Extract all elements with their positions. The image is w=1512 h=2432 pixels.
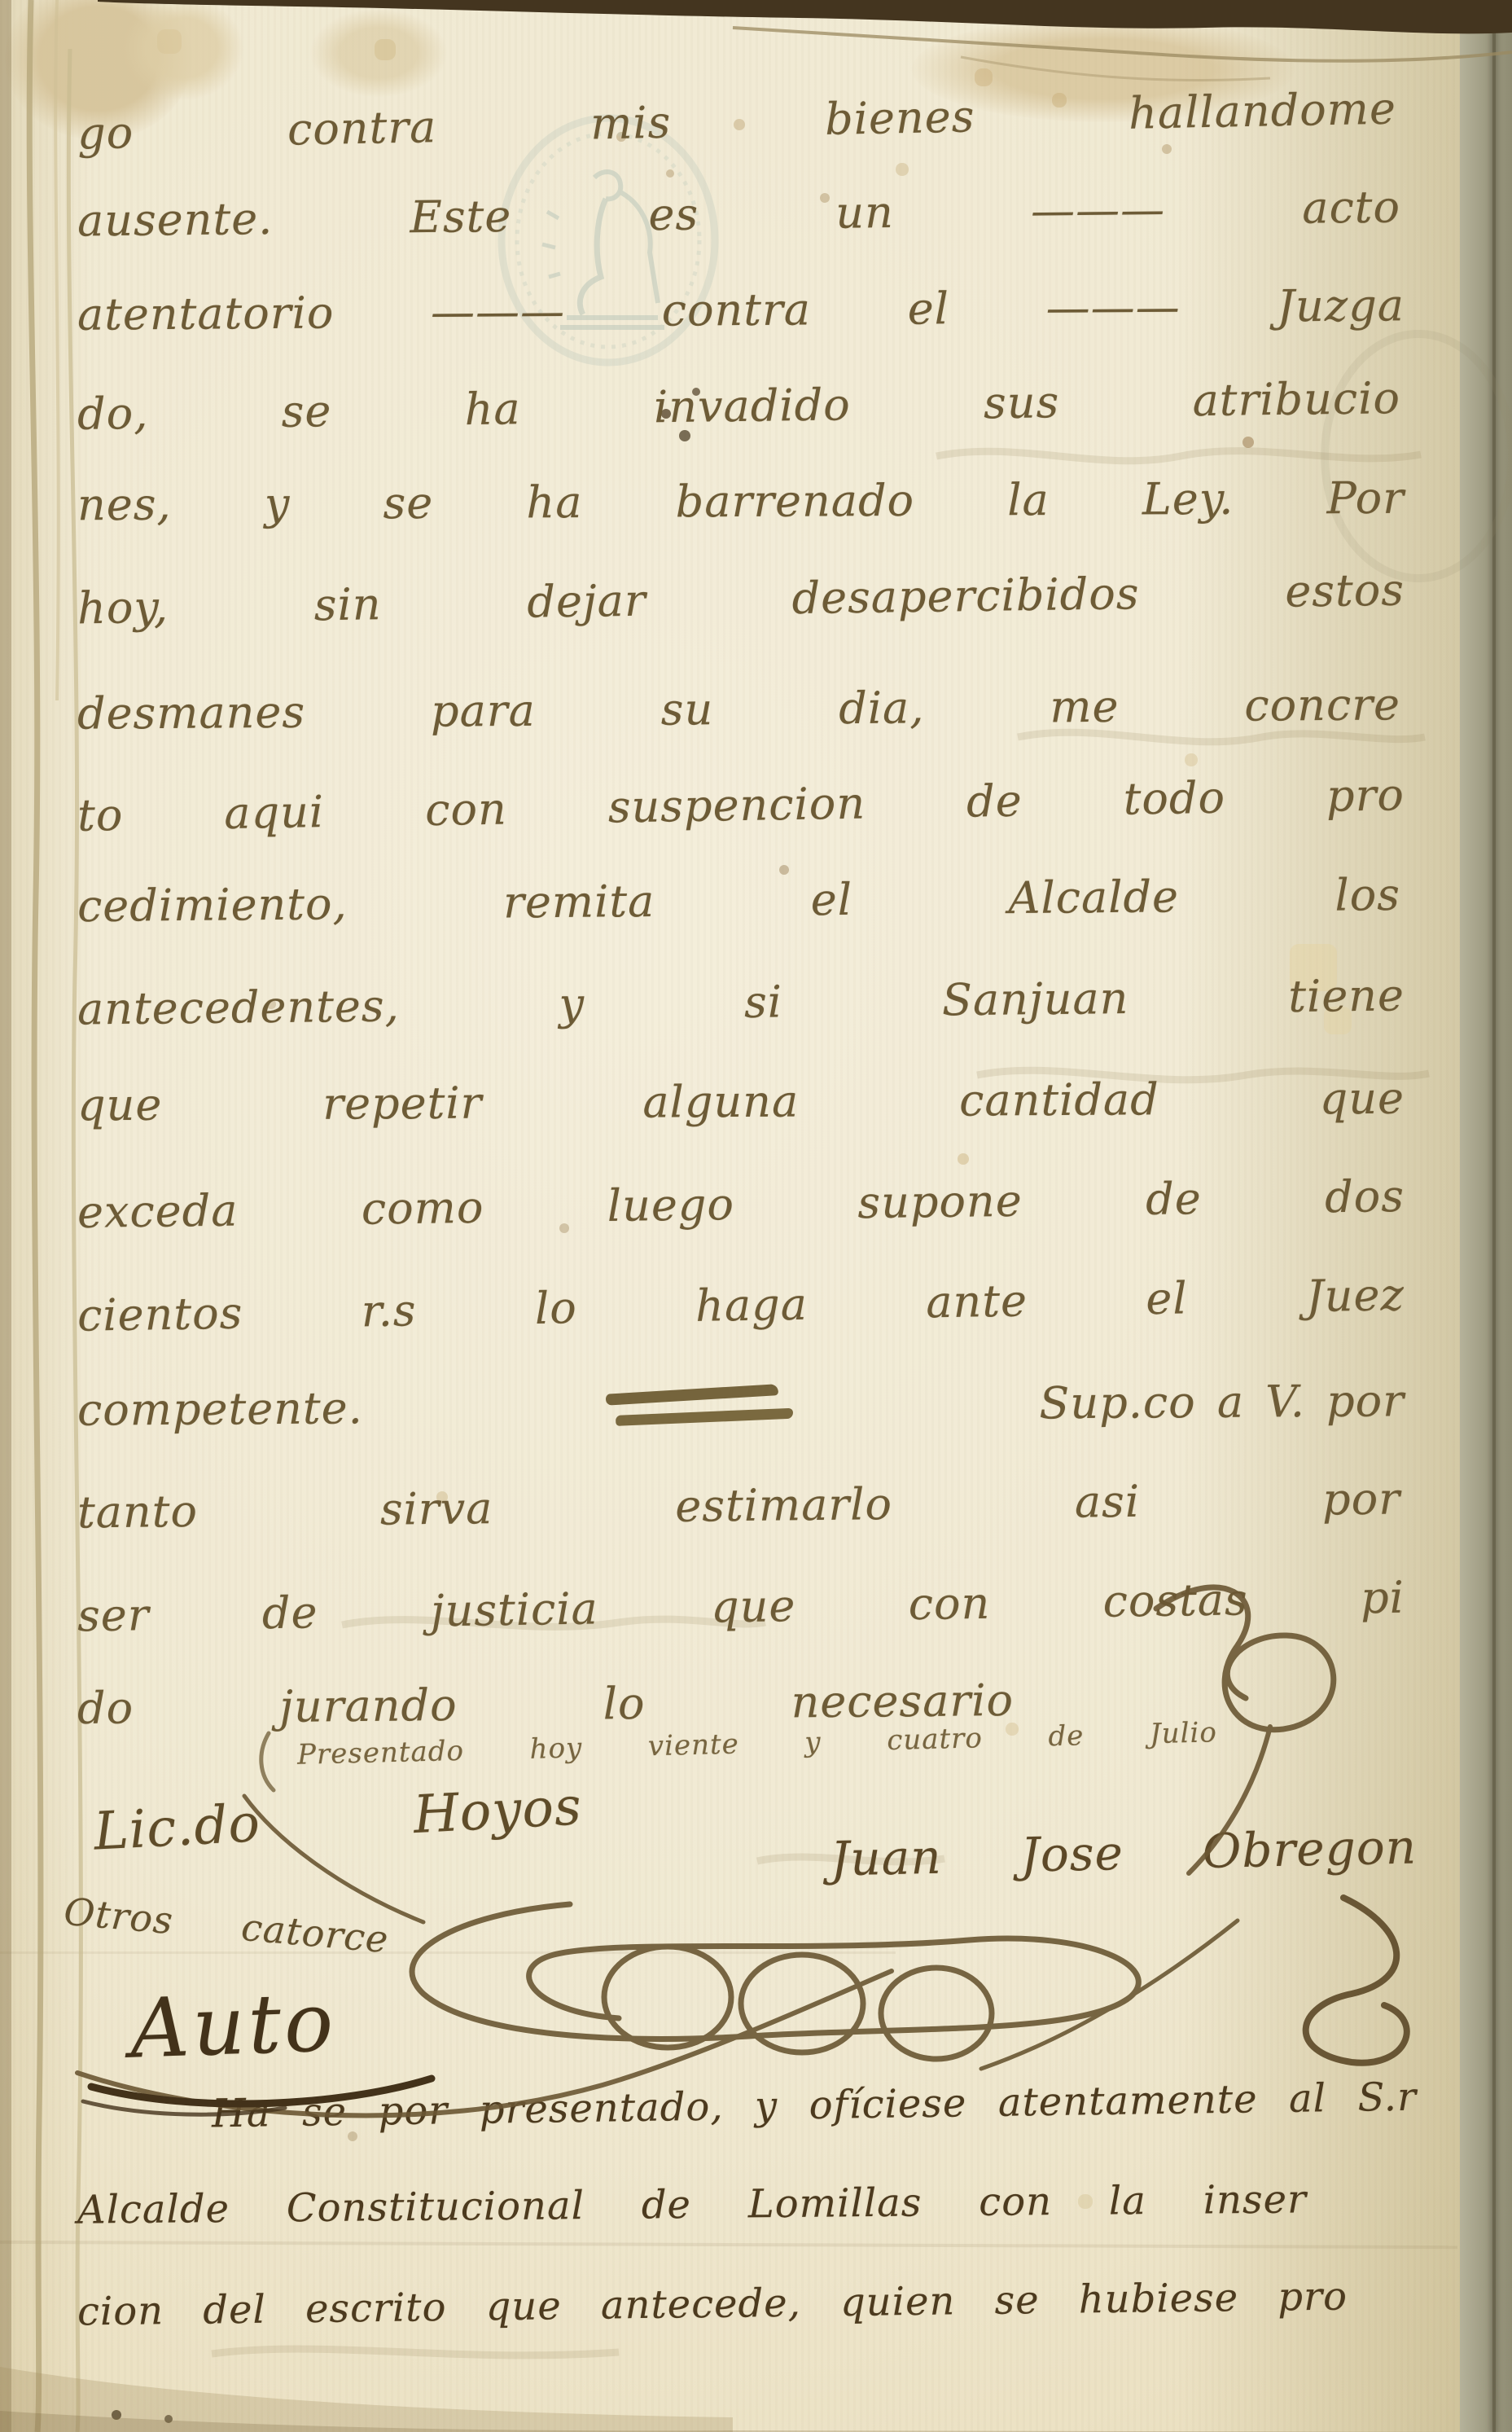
auto-heading: Auto [129,1973,401,2075]
line-14-left: competente. [77,1383,363,1436]
ink-speckles [0,0,5,5]
handwritten-line-3: atentatorio ——— contra el ——— Juzga [77,280,1405,340]
handwritten-line-5: nes, y se ha barrenado la Ley. Por [77,473,1405,531]
handwritten-line-14: competente. Sup.co a V. por [77,1376,1405,1435]
book-gutter-strip [1460,0,1512,2432]
manuscript-page: go contra mis bienes hallandome ausente.… [0,0,1512,2432]
paper-stain [122,0,244,101]
paper-stain [309,8,448,98]
line-14-right: Sup.co a V. por [1039,1376,1405,1429]
paper-crease [0,1951,896,1954]
double-dash-mark [605,1387,796,1426]
handwritten-line-7: desmanes para su dia, me concre [77,679,1400,739]
handwritten-line-11: que repetir alguna cantidad que [77,1073,1405,1131]
gutter-crease [1492,0,1496,2432]
